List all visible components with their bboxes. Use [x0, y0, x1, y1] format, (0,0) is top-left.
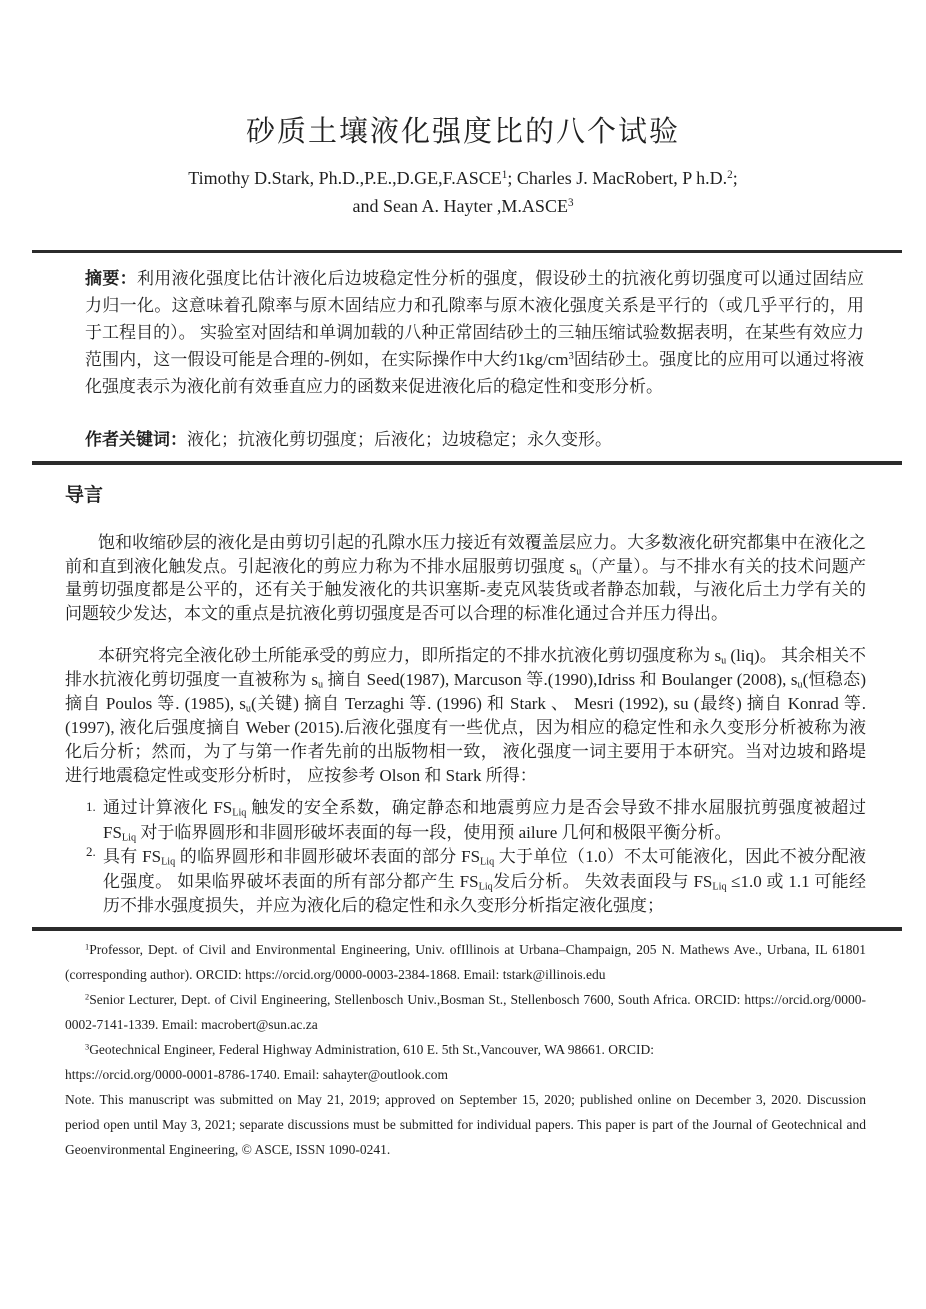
keywords-line: 作者关键词：液化；抗液化剪切强度；后液化；边坡稳定；永久变形。: [85, 426, 864, 453]
list-item-2: 2. 具有 FSLiq 的临界圆形和非圆形破坏表面的部分 FSLiq 大于单位（…: [65, 845, 866, 919]
list-item-1: 1. 通过计算液化 FSLiq 触发的安全系数，确定静态和地震剪应力是否会导致不…: [65, 796, 866, 845]
intro-paragraph-1: 饱和收缩砂层的液化是由剪切引起的孔隙水压力接近有效覆盖层应力。大多数液化研究都集…: [65, 531, 866, 625]
paper-title: 砂质土壤液化强度比的八个试验: [0, 112, 926, 152]
intro-paragraph-2: 本研究将完全液化砂土所能承受的剪应力，即所指定的不排水抗液化剪切强度称为 su …: [65, 644, 866, 788]
author-block: Timothy D.Stark, Ph.D.,P.E.,D.GE,F.ASCE1…: [0, 164, 926, 220]
footnote-author-3: 3Geotechnical Engineer, Federal Highway …: [65, 1037, 866, 1087]
list-item-1-number: 1.: [86, 800, 96, 813]
footnote-author-1: 1Professor, Dept. of Civil and Environme…: [65, 937, 866, 987]
list-item-2-text: 具有 FSLiq 的临界圆形和非圆形破坏表面的部分 FSLiq 大于单位（1.0…: [103, 847, 866, 915]
authors-line-2: and Sean A. Hayter ,M.ASCE3: [0, 192, 926, 220]
abstract-top-rule: [32, 250, 902, 253]
footnote-author-2: 2Senior Lecturer, Dept. of Civil Enginee…: [65, 987, 866, 1037]
abstract-paragraph: 摘要：利用液化强度比估计液化后边坡稳定性分析的强度，假设砂土的抗液化剪切强度可以…: [85, 265, 864, 400]
keywords-bottom-rule: [32, 461, 902, 465]
numbered-list: 1. 通过计算液化 FSLiq 触发的安全系数，确定静态和地震剪应力是否会导致不…: [65, 796, 866, 919]
footnote-block: 1Professor, Dept. of Civil and Environme…: [65, 937, 866, 1162]
authors-line-1: Timothy D.Stark, Ph.D.,P.E.,D.GE,F.ASCE1…: [0, 164, 926, 192]
footnote-divider-rule: [32, 927, 902, 931]
introduction-heading: 导言: [65, 483, 866, 509]
list-item-2-number: 2.: [86, 845, 96, 858]
paper-page: 砂质土壤液化强度比的八个试验 Timothy D.Stark, Ph.D.,P.…: [0, 0, 926, 1309]
list-item-1-text: 通过计算液化 FSLiq 触发的安全系数，确定静态和地震剪应力是否会导致不排水屈…: [103, 798, 866, 842]
footnote-manuscript-note: Note. This manuscript was submitted on M…: [65, 1087, 866, 1162]
